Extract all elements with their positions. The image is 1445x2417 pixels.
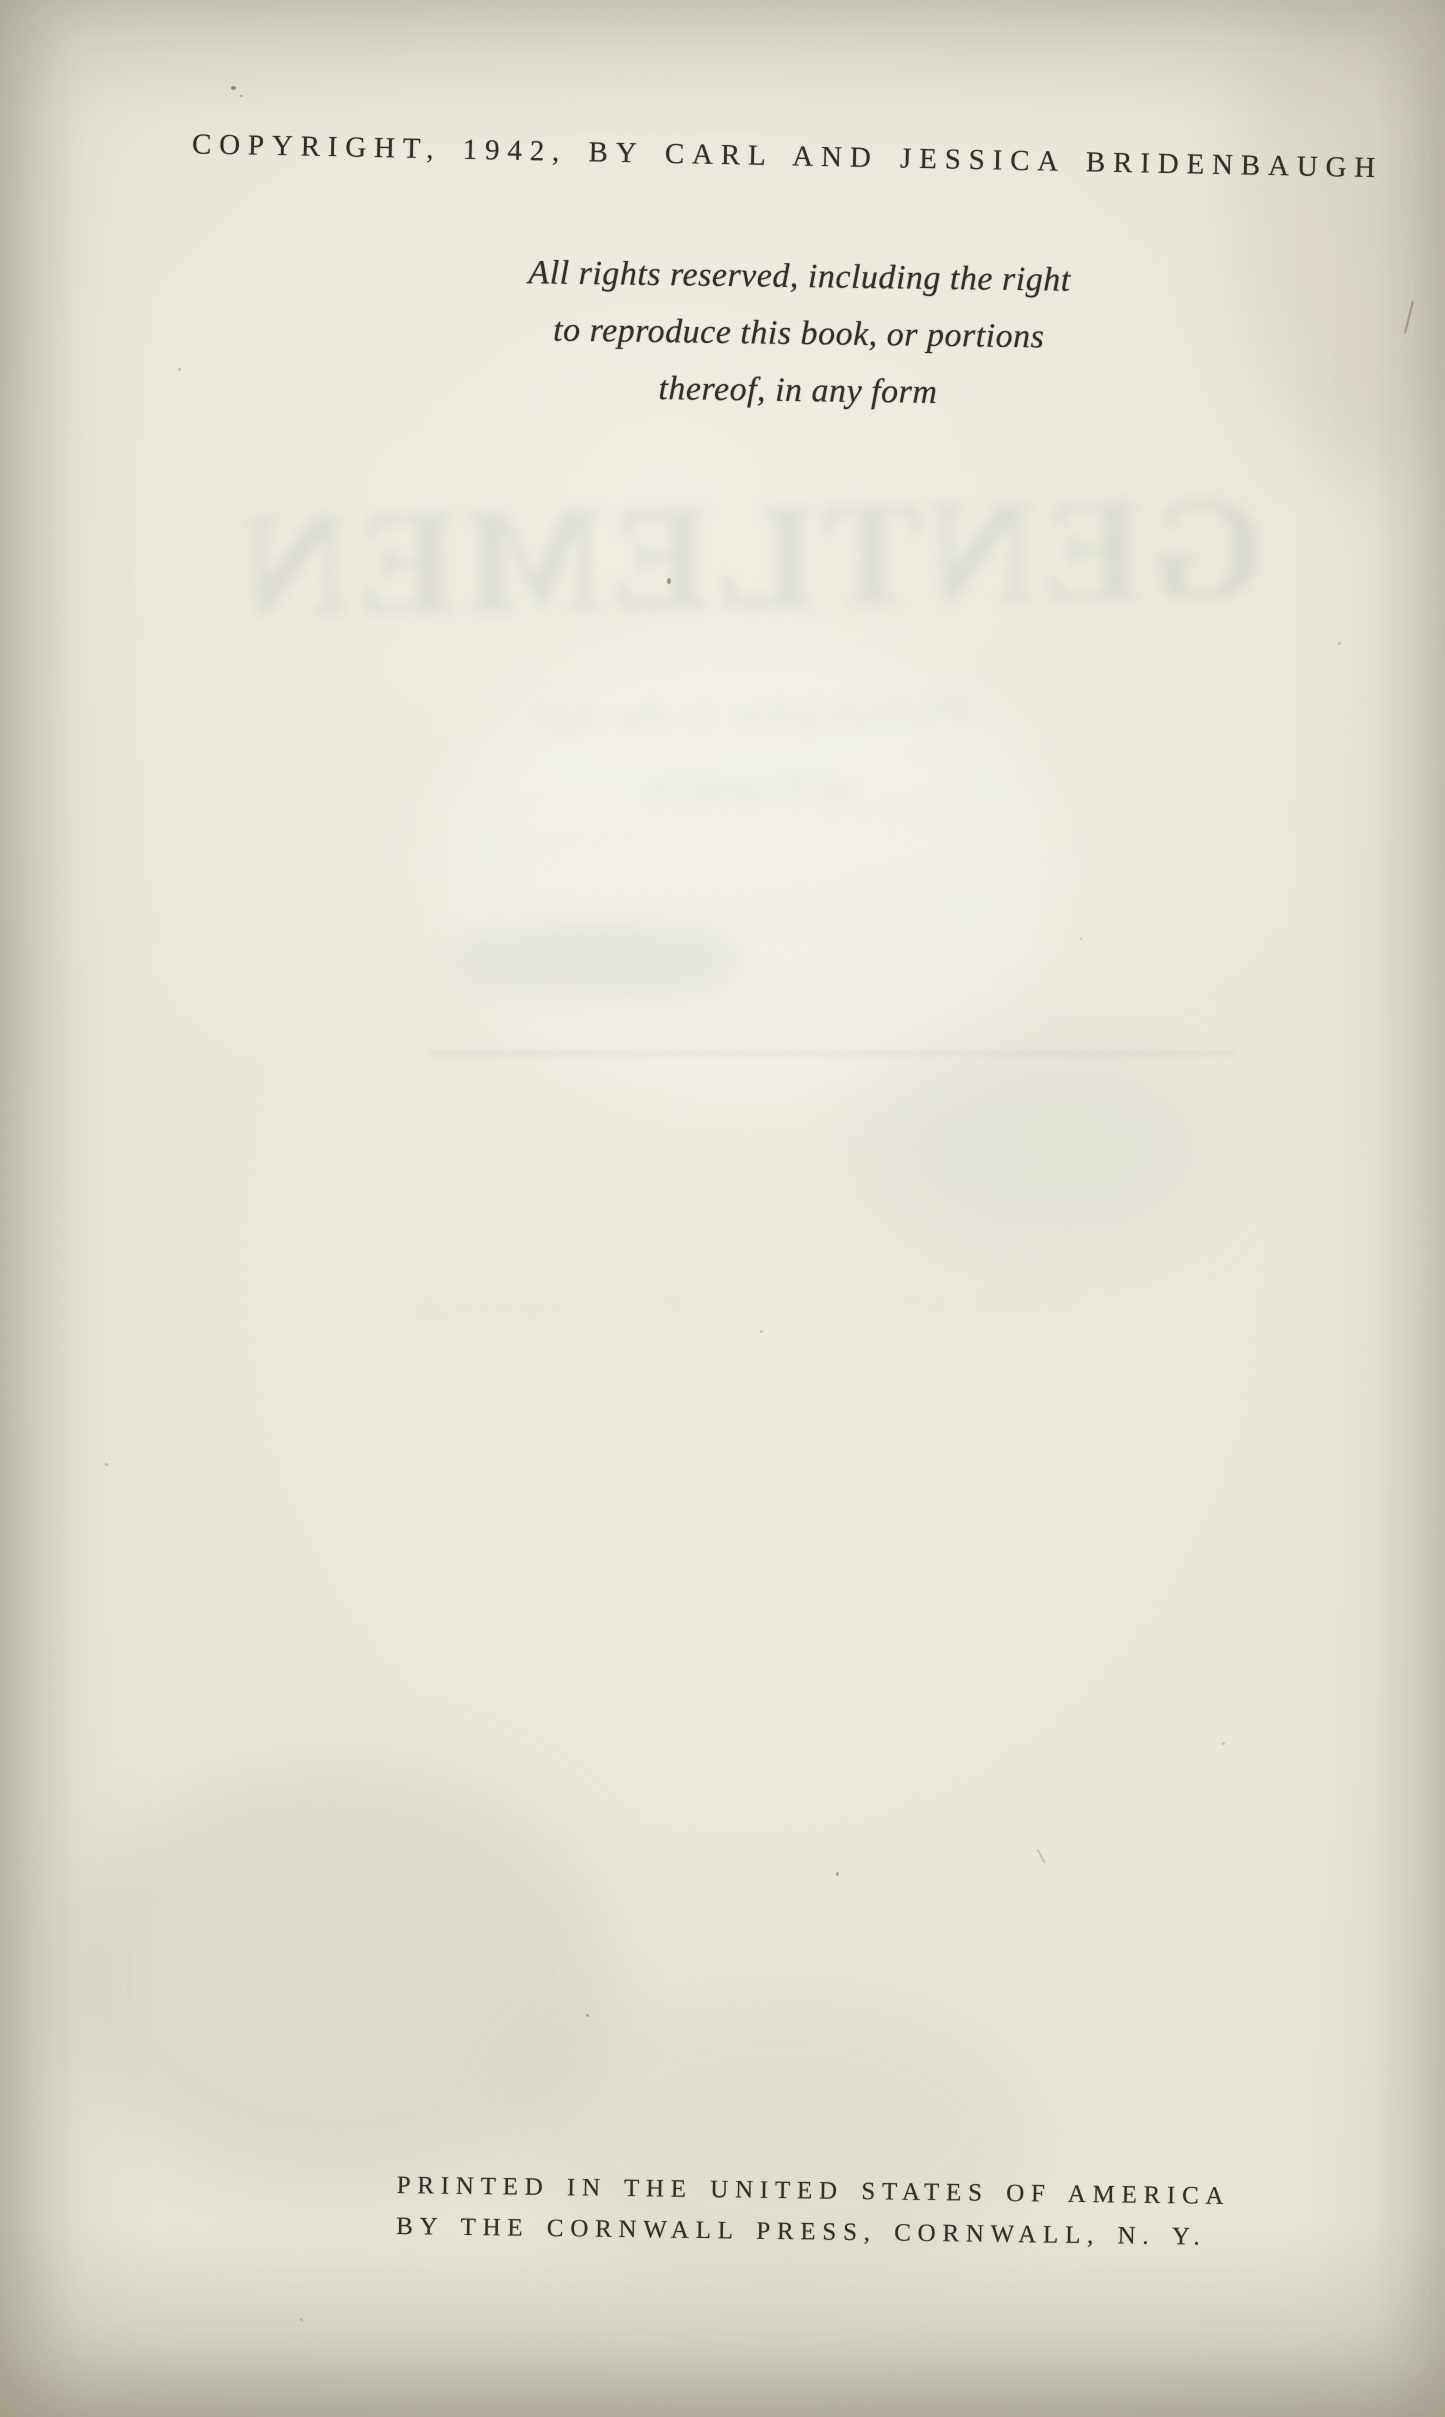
photo-vignette bbox=[0, 0, 1445, 2417]
